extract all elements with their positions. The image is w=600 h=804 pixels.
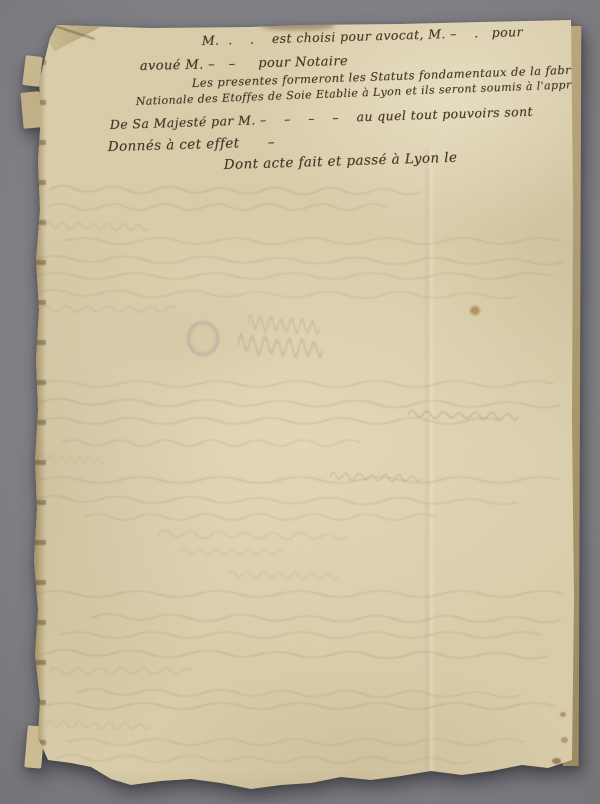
photo-backdrop: M. . . est choisi pour avocat, M. – . po… — [0, 0, 600, 804]
text-line-1: M. . . est choisi pour avocat, M. – . po… — [202, 24, 523, 48]
text-line-7: Dont acte fait et passé à Lyon le — [223, 150, 457, 173]
manuscript-text: M. . . est choisi pour avocat, M. – . po… — [0, 0, 600, 804]
paper-shadow: M. . . est choisi pour avocat, M. – . po… — [0, 0, 600, 804]
corner-ink-stain — [34, 23, 47, 39]
manuscript-page: M. . . est choisi pour avocat, M. – . po… — [0, 0, 600, 804]
torn-tab — [20, 91, 42, 129]
text-line-5: De Sa Majesté par M. – – – – au quel tou… — [110, 104, 534, 132]
text-line-6: Donnés à cet effet – — [108, 134, 275, 155]
